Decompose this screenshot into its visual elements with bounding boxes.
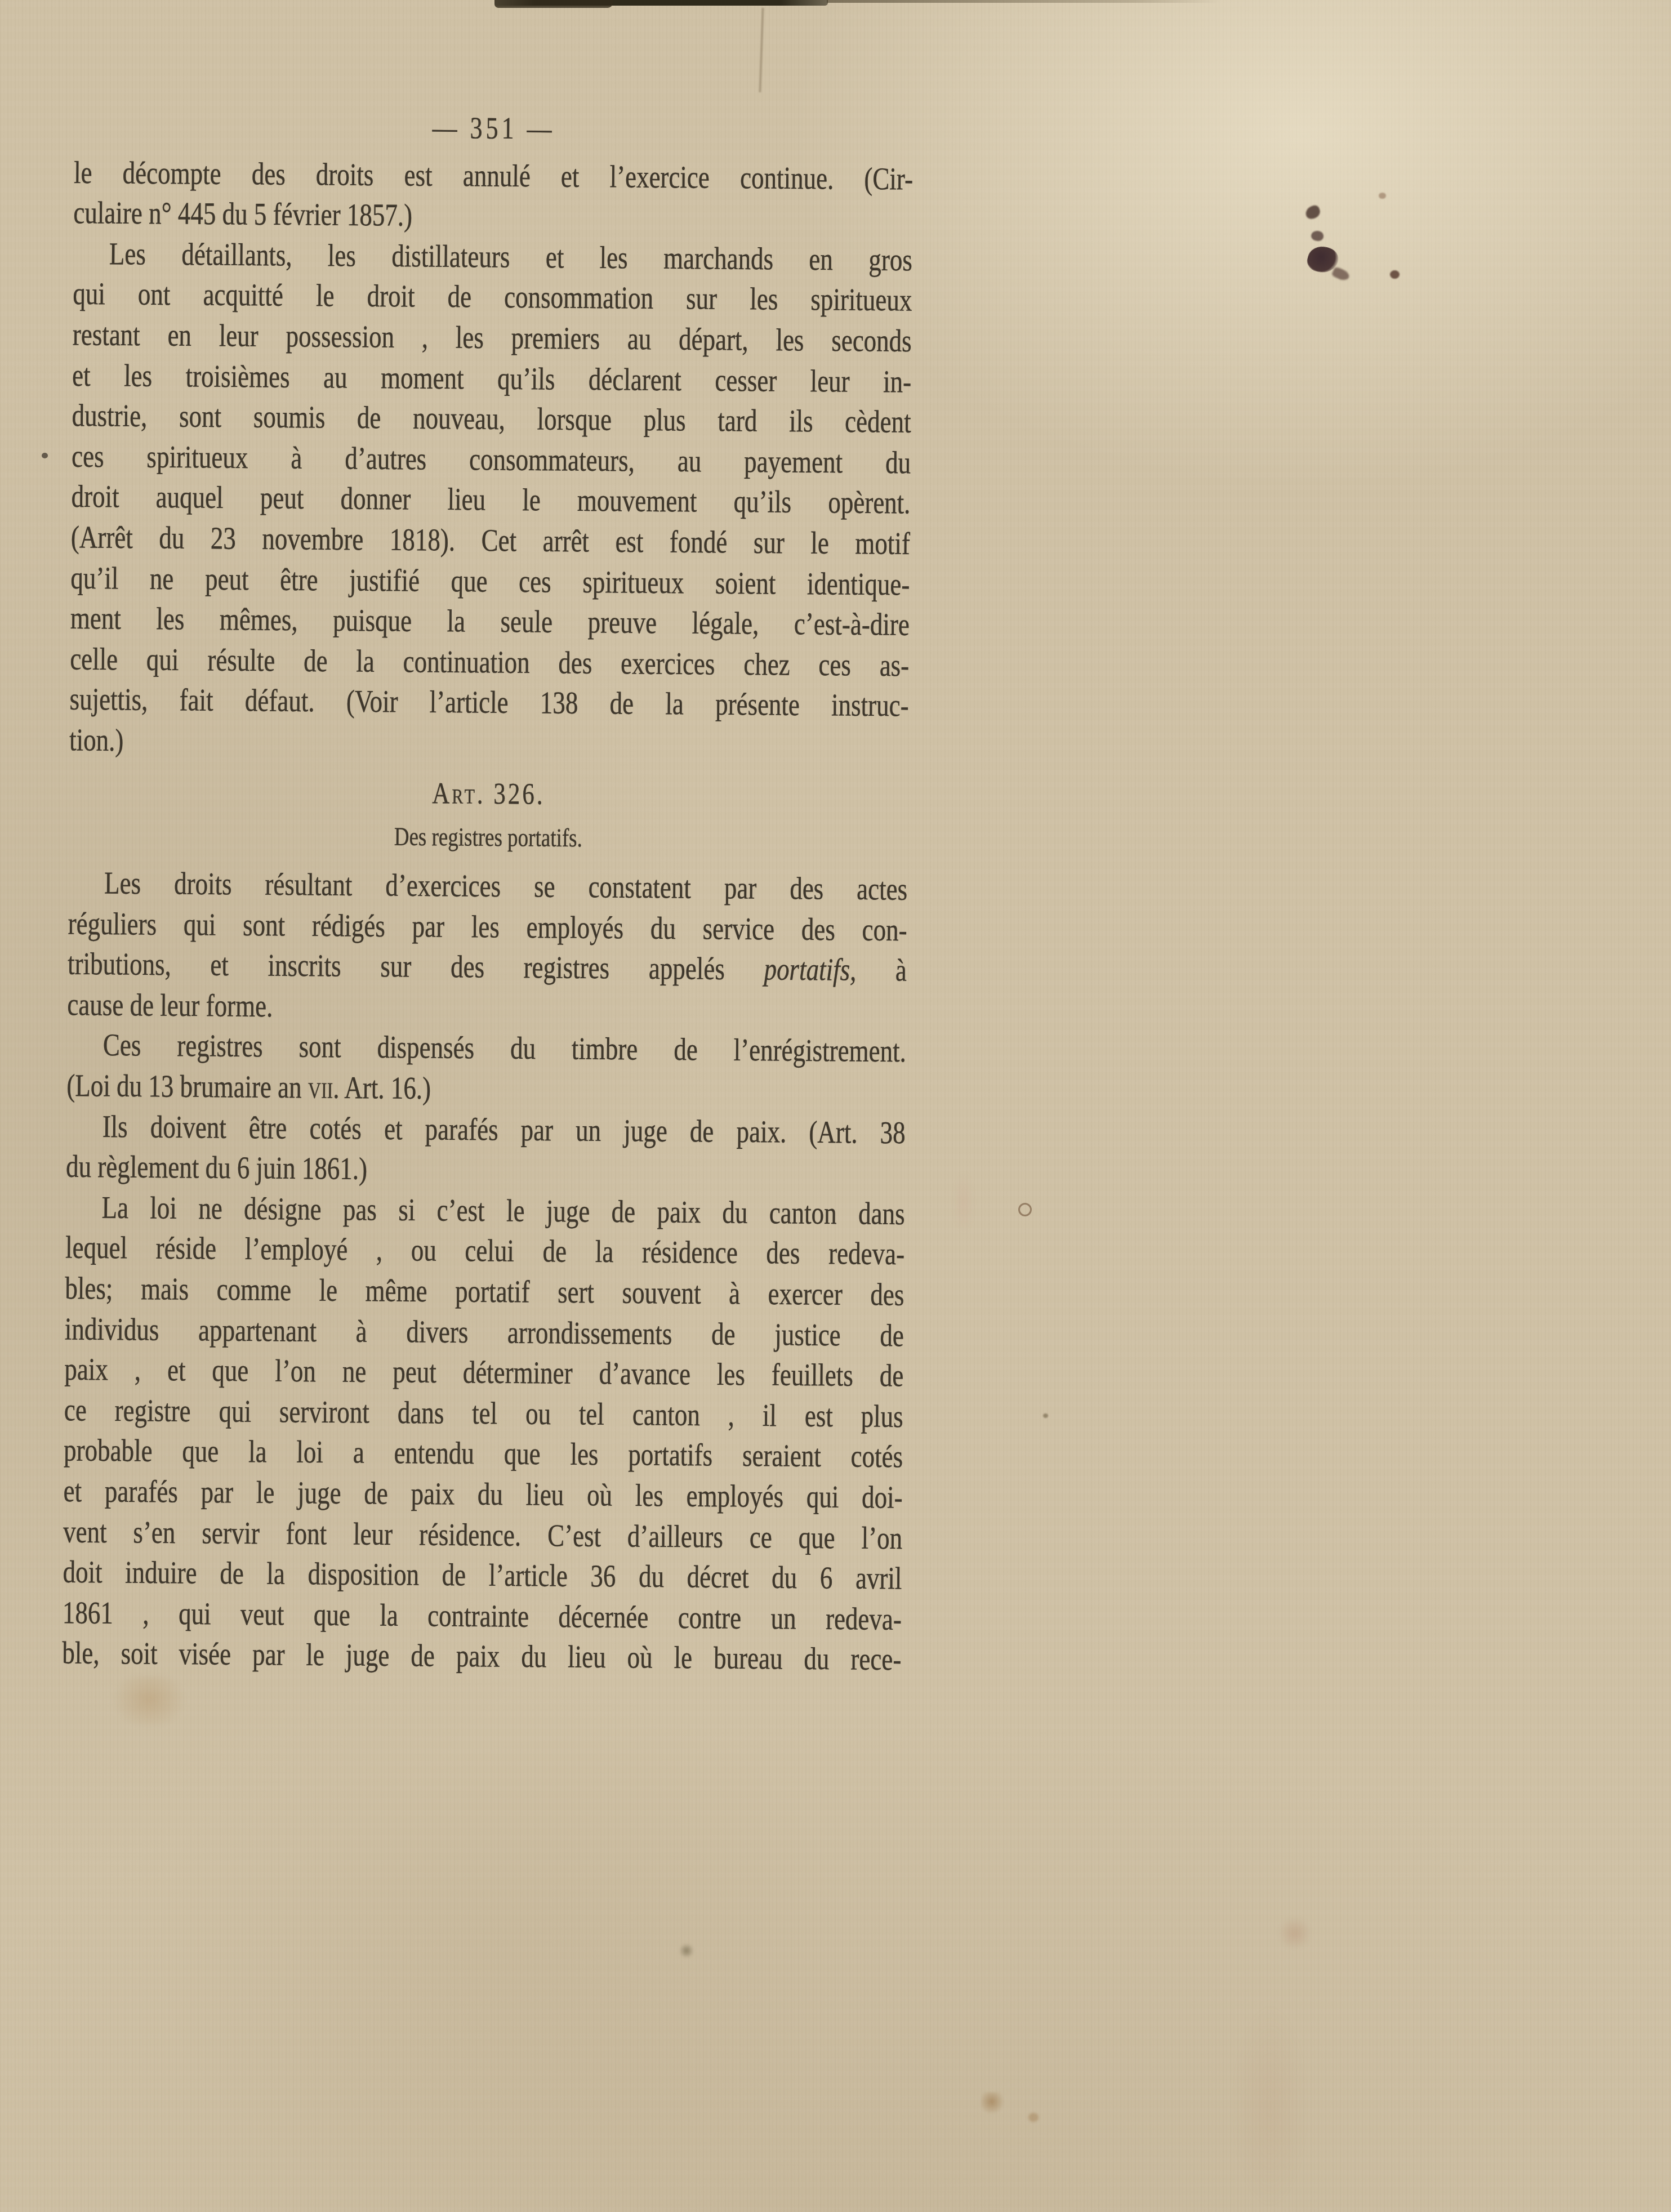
text-line: vent s’en servir font leur résidence. C’… — [63, 1511, 903, 1559]
paragraph: La loi ne désigne pas si c’est le juge d… — [62, 1187, 905, 1680]
text-line: ment les mêmes, puisque la seule preuve … — [70, 599, 910, 646]
text-run: (Loi du 13 brumaire an — [66, 1068, 308, 1105]
text-block: — 351 — le décompte des droits est annul… — [62, 105, 914, 1680]
paragraph: le décompte des droits est annulé et l’e… — [73, 153, 913, 240]
ink-speck — [1390, 270, 1400, 279]
text-line: lequel réside l’employé , ou celui de la… — [65, 1228, 905, 1275]
text-line: 1861 , qui veut que la contrainte décern… — [63, 1593, 902, 1640]
page-number: — 351 — — [74, 105, 914, 152]
text-line: cause de leur forme. — [67, 984, 907, 1032]
scan-edge-artifact — [494, 0, 613, 8]
text-line: du règlement du 6 juin 1861.) — [66, 1147, 906, 1194]
scan-edge-artifact — [494, 0, 828, 6]
text-line: et les troisièmes au moment qu’ils décla… — [72, 355, 912, 403]
text-line: probable que la loi a entendu que les po… — [64, 1430, 903, 1478]
foxing-stain — [679, 1944, 694, 1957]
text-line: tion.) — [69, 720, 909, 767]
text-run: . Art. 16.) — [333, 1070, 431, 1106]
text-line: individus appartenant à divers arrondiss… — [65, 1309, 904, 1356]
text-line: Les droits résultant d’exercices se cons… — [68, 863, 908, 910]
smallcaps-text: vii — [308, 1070, 333, 1105]
text-line: restant en leur possession , les premier… — [73, 315, 912, 362]
paragraph-group-before-heading: le décompte des droits est annulé et l’e… — [69, 153, 913, 768]
text-line: qui ont acquitté le droit de consommatio… — [73, 274, 912, 322]
text-line: doit induire de la disposition de l’arti… — [63, 1552, 902, 1599]
text-line: réguliers qui sont rédigés par les emplo… — [68, 903, 907, 951]
text-line: tributions, et inscrits sur des registre… — [68, 944, 907, 991]
book-page-scan: — 351 — le décompte des droits est annul… — [0, 0, 1671, 2212]
article-subheading: Des registres portatifs. — [69, 818, 908, 858]
text-line: ble, soit visée par le juge de paix du l… — [62, 1633, 902, 1680]
foxing-stain — [1233, 2005, 1307, 2207]
foxing-stain — [1277, 1917, 1312, 1949]
paper-fiber-mark — [759, 8, 764, 92]
foxing-stain — [954, 1171, 973, 1233]
paragraph: Les droits résultant d’exercices se cons… — [67, 863, 907, 1032]
ink-speck — [1379, 193, 1386, 199]
text-line: (Loi du 13 brumaire an vii. Art. 16.) — [66, 1065, 906, 1113]
text-line: celle qui résulte de la continuation des… — [70, 639, 910, 686]
ink-ring-mark — [1018, 1203, 1032, 1216]
paragraph: Les détaillants, les distillateurs et le… — [69, 234, 912, 768]
text-line: le décompte des droits est annulé et l’e… — [74, 153, 914, 200]
foxing-stain — [113, 1675, 186, 1729]
italic-text: portatifs, — [764, 952, 856, 988]
text-line: dustrie, sont soumis de nouveau, lorsque… — [72, 396, 911, 443]
ink-speck — [1331, 266, 1351, 283]
paragraph-group-after-heading: Les droits résultant d’exercices se cons… — [62, 863, 907, 1680]
text-line: et parafés par le juge de paix du lieu o… — [63, 1471, 903, 1518]
ink-speck — [1304, 204, 1322, 221]
text-line: droit auquel peut donner lieu le mouveme… — [71, 477, 911, 524]
text-line: qu’il ne peut être justifié que ces spir… — [70, 558, 910, 605]
text-line: ce registre qui serviront dans tel ou te… — [64, 1390, 904, 1437]
paragraph: Ces registres sont dispensés du timbre d… — [66, 1025, 906, 1113]
text-line: La loi ne désigne pas si c’est le juge d… — [65, 1187, 905, 1234]
ink-speck — [1305, 243, 1341, 276]
text-line: sujettis, fait défaut. (Voir l’article 1… — [69, 680, 909, 727]
foxing-stain — [981, 2092, 1005, 2113]
text-line: Les détaillants, les distillateurs et le… — [73, 234, 913, 281]
scan-edge-artifact — [827, 0, 1221, 3]
text-run: à — [856, 952, 907, 988]
text-line: Ils doivent être cotés et parafés par un… — [66, 1106, 906, 1153]
text-line: Ces registres sont dispensés du timbre d… — [67, 1025, 907, 1072]
text-line: ces spiritueux à d’autres consommateurs,… — [72, 436, 911, 484]
text-line: (Arrêt du 23 novembre 1818). Cet arrêt e… — [71, 518, 911, 565]
article-heading: Art. 326. — [69, 770, 908, 818]
foxing-stain — [1028, 2113, 1039, 2122]
text-line: paix , et que l’on ne peut déterminer d’… — [64, 1349, 904, 1397]
ink-speck — [42, 453, 48, 458]
ink-speck — [1311, 231, 1324, 241]
paragraph: Ils doivent être cotés et parafés par un… — [66, 1106, 906, 1194]
ink-speck — [1043, 1413, 1048, 1418]
text-run: tributions, et inscrits sur des registre… — [68, 946, 764, 987]
text-line: culaire n° 445 du 5 février 1857.) — [73, 193, 913, 240]
text-line: bles; mais comme le même portatif sert s… — [65, 1268, 904, 1315]
